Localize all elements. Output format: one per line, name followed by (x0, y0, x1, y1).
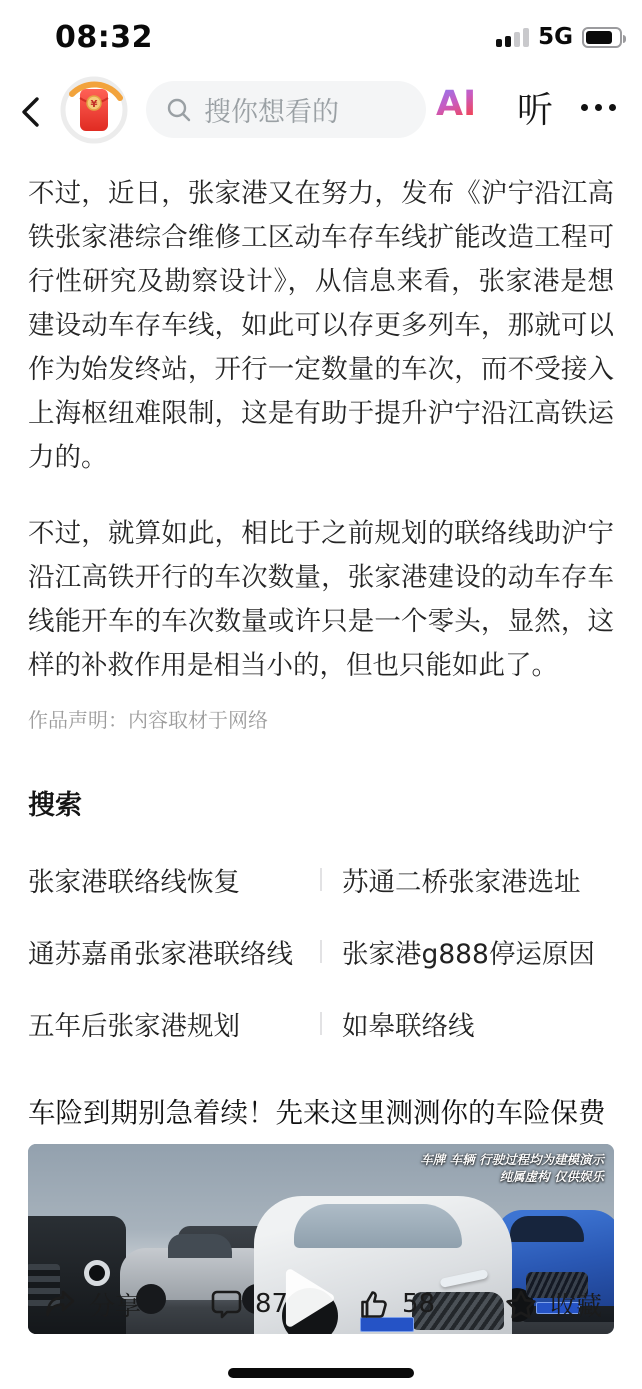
search-suggestion-link[interactable]: 五年后张家港规划 (28, 1004, 320, 1043)
battery-icon (582, 27, 622, 48)
search-icon (166, 97, 192, 123)
cellular-signal-icon (496, 28, 529, 47)
listen-article-button[interactable]: 听 (517, 82, 553, 133)
home-indicator[interactable] (228, 1368, 414, 1378)
favorite-button[interactable]: 收藏 (505, 1286, 602, 1323)
search-row: 通苏嘉甬张家港联络线 张家港g888停运原因 (28, 932, 614, 971)
like-button[interactable]: 58 (358, 1289, 435, 1320)
article-paragraph: 不过，近日，张家港又在努力，发布《沪宁沿江高铁张家港综合维修工区动车存车线扩能改… (28, 172, 614, 480)
back-button[interactable] (14, 94, 50, 130)
related-search-section: 搜索 张家港联络线恢复 苏通二桥张家港选址 通苏嘉甬张家港联络线 张家港g888… (28, 783, 614, 1043)
share-arrow-icon (44, 1289, 76, 1319)
more-menu-button[interactable] (581, 104, 616, 111)
search-suggestion-link[interactable]: 通苏嘉甬张家港联络线 (28, 932, 320, 971)
article-content: 不过，近日，张家港又在努力，发布《沪宁沿江高铁张家港综合维修工区动车存车线扩能改… (0, 150, 642, 1334)
ai-assistant-button[interactable]: AI (436, 84, 476, 124)
status-bar: 08:32 5G (0, 0, 642, 62)
share-button[interactable]: 分享 (44, 1286, 141, 1323)
bottom-action-bar: 分享 87 58 收藏 (0, 1278, 642, 1330)
nav-bar: ¥ 搜你想看的 AI 听 (0, 72, 642, 150)
status-icons: 5G (496, 24, 622, 50)
ad-headline[interactable]: 车险到期别急着续！先来这里测测你的车险保费 (28, 1095, 614, 1131)
search-section-title: 搜索 (28, 783, 614, 822)
video-watermark: 车牌 车辆 行驶过程均为建模演示 纯属虚构 仅供娱乐 (420, 1151, 604, 1185)
search-row: 张家港联络线恢复 苏通二桥张家港选址 (28, 860, 614, 899)
search-row: 五年后张家港规划 如皋联络线 (28, 1004, 614, 1043)
search-suggestions: 张家港联络线恢复 苏通二桥张家港选址 通苏嘉甬张家港联络线 张家港g888停运原… (28, 860, 614, 1043)
app-screen: 08:32 5G (0, 0, 642, 1389)
network-type-label: 5G (538, 24, 573, 50)
thumbs-up-icon (358, 1289, 389, 1320)
search-suggestion-link[interactable]: 张家港联络线恢复 (28, 860, 320, 899)
search-input[interactable]: 搜你想看的 (146, 81, 426, 138)
red-envelope-reward-button[interactable]: ¥ (58, 74, 130, 146)
search-placeholder: 搜你想看的 (204, 90, 339, 129)
red-envelope-icon: ¥ (58, 74, 130, 146)
search-suggestion-link[interactable]: 苏通二桥张家港选址 (322, 860, 614, 899)
comments-button[interactable]: 87 (211, 1289, 288, 1319)
svg-text:¥: ¥ (91, 99, 98, 110)
comment-count: 87 (255, 1289, 288, 1319)
chevron-left-icon (14, 94, 50, 130)
comment-bubble-icon (211, 1289, 242, 1319)
star-icon (505, 1289, 537, 1320)
search-suggestion-link[interactable]: 如皋联络线 (322, 1004, 614, 1043)
content-disclaimer: 作品声明：内容取材于网络 (28, 704, 614, 733)
search-suggestion-link[interactable]: 张家港g888停运原因 (322, 932, 614, 971)
like-count: 58 (402, 1289, 435, 1319)
article-paragraph: 不过，就算如此，相比于之前规划的联络线助沪宁沿江高铁开行的车次数量，张家港建设的… (28, 512, 614, 688)
clock: 08:32 (55, 20, 153, 55)
